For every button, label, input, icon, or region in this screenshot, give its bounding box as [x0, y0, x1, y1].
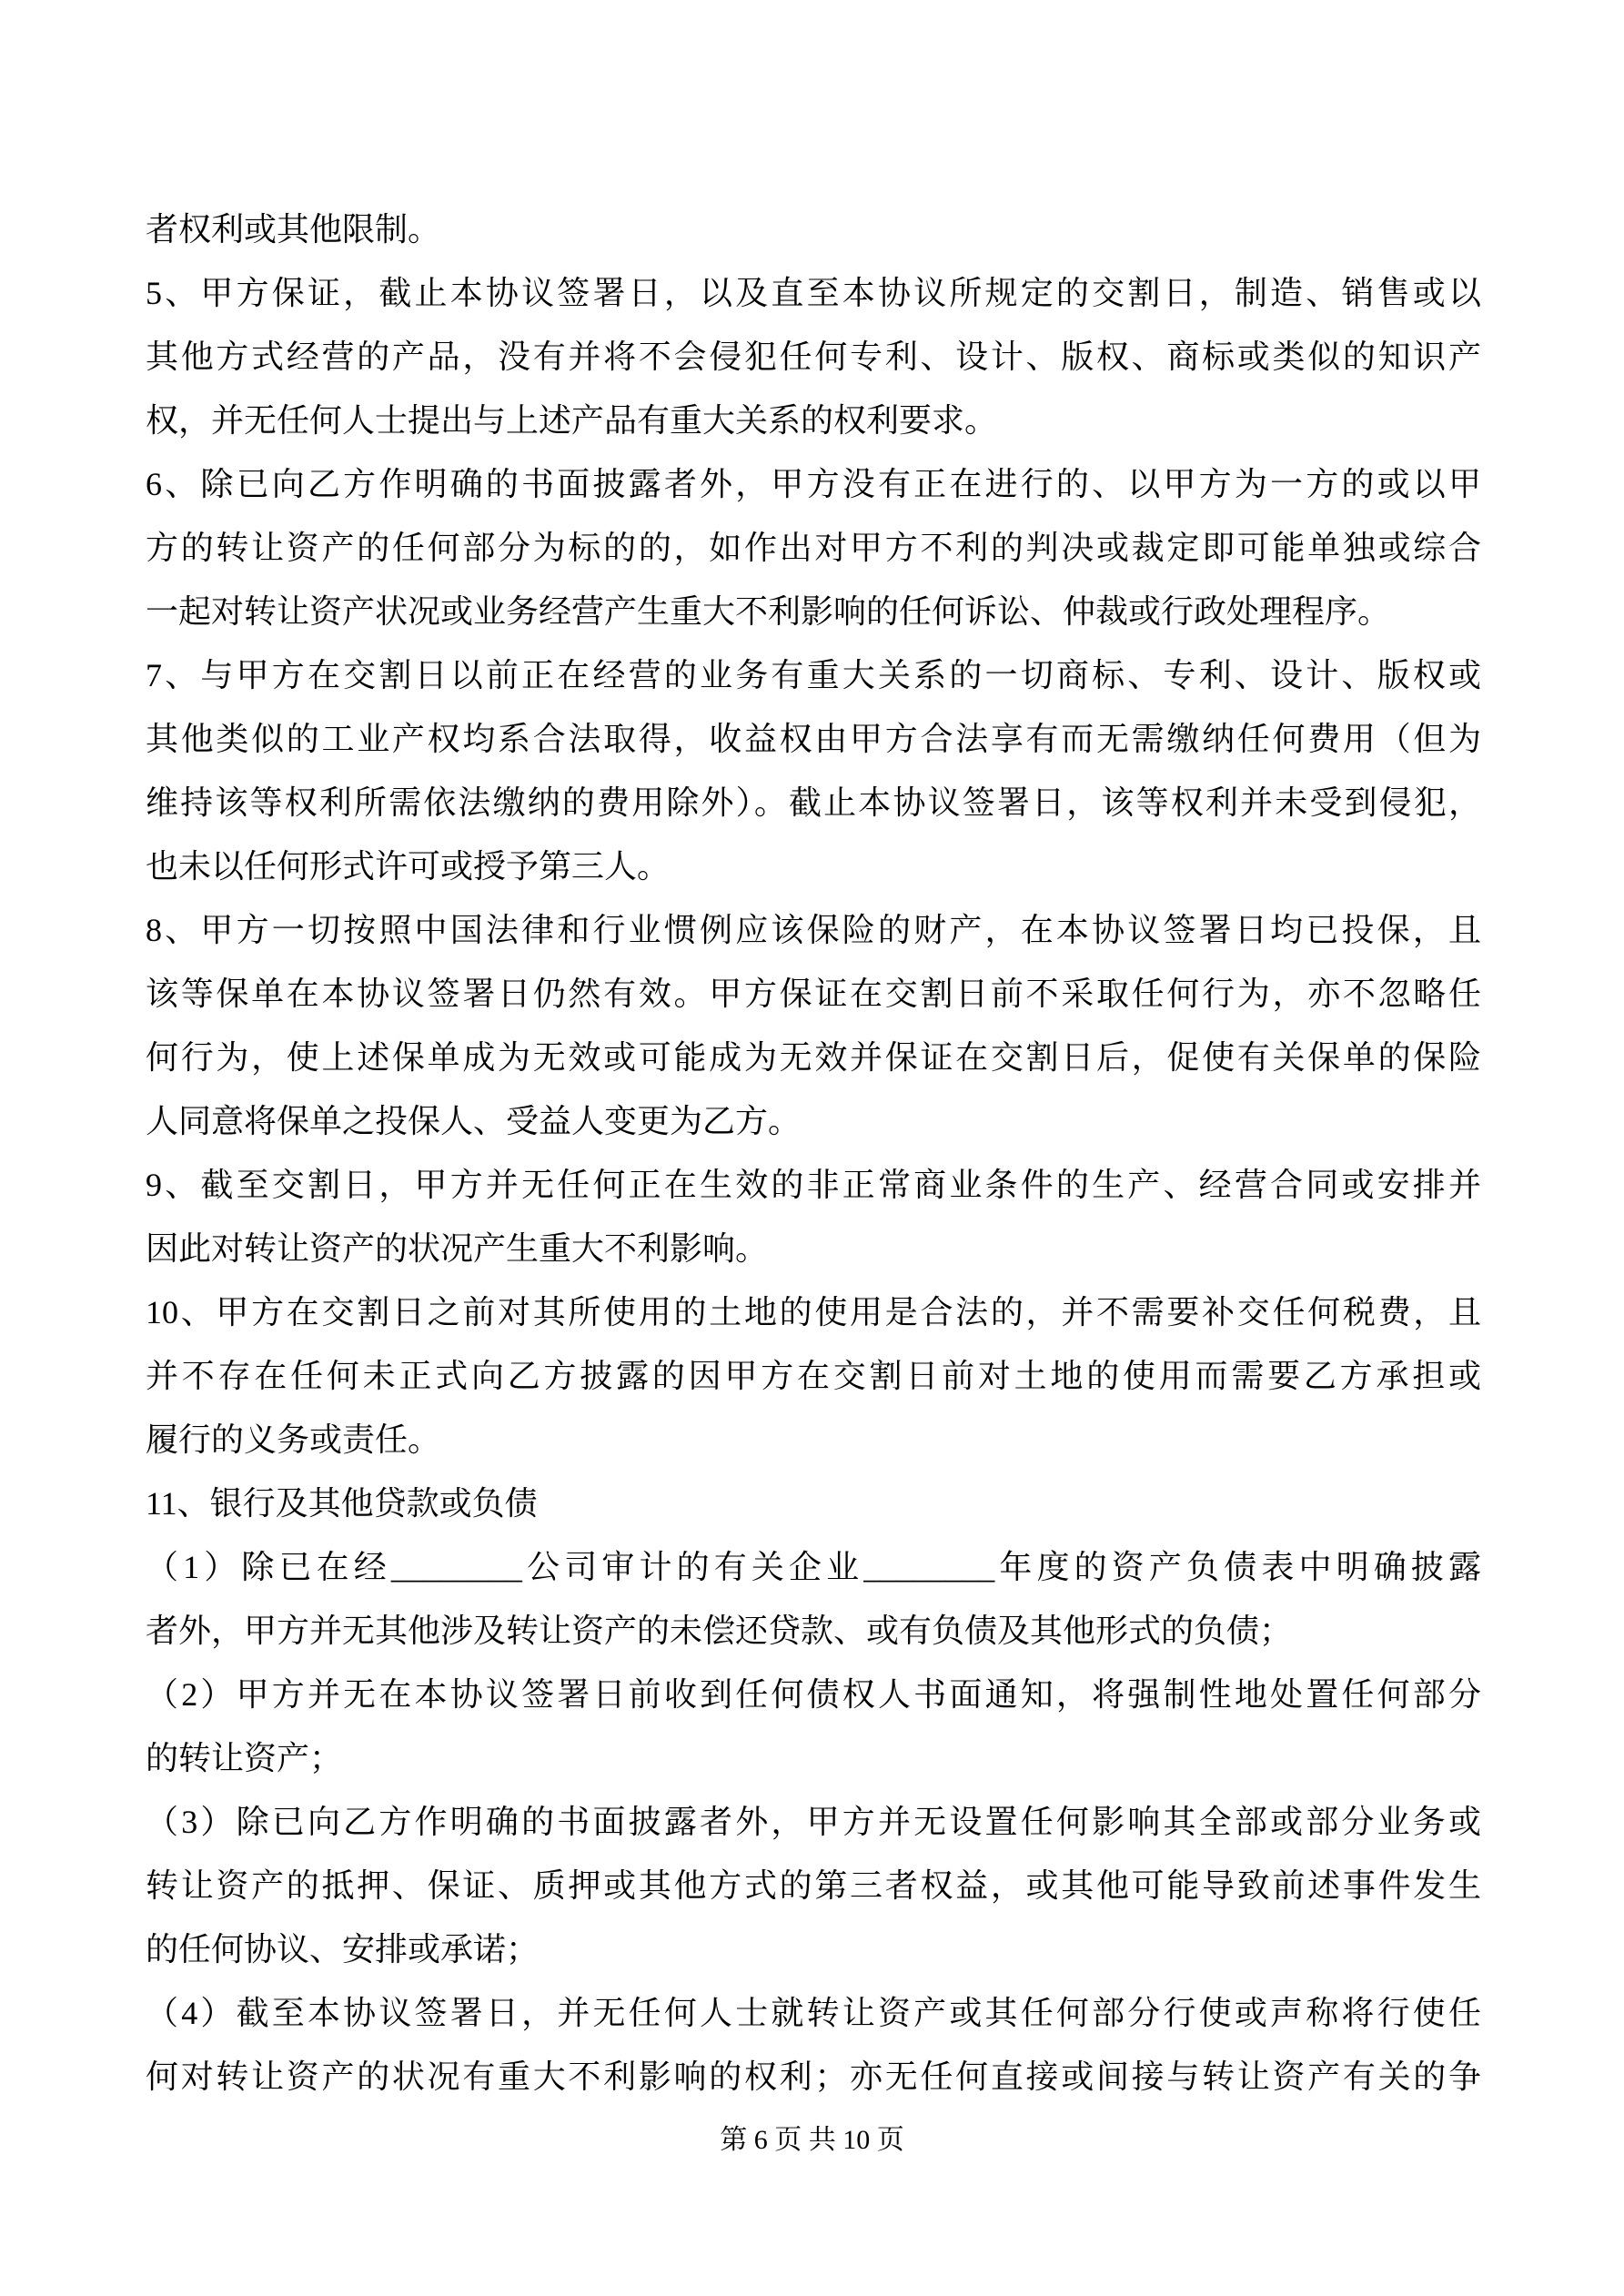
document-line: 11、银行及其他贷款或负债: [146, 1472, 1481, 1535]
clause-9: 9、截至交割日，甲方并无任何正在生效的非正常商业条件的生产、经营合同或安排并因此…: [146, 1153, 1481, 1280]
document-body: 者权利或其他限制。5、甲方保证，截止本协议签署日，以及直至本协议所规定的交割日，…: [146, 197, 1481, 2109]
document-line: 者外，甲方并无其他涉及转让资产的未偿还贷款、或有负债及其他形式的负债；: [146, 1599, 1481, 1663]
document-line: （1）除已在经________公司审计的有关企业________年度的资产负债表…: [146, 1535, 1481, 1599]
document-line: 何行为，使上述保单成为无效或可能成为无效并保证在交割日后，促使有关保单的保险: [146, 1026, 1481, 1089]
document-line: 7、与甲方在交割日以前正在经营的业务有重大关系的一切商标、专利、设计、版权或: [146, 643, 1481, 707]
clause-5: 5、甲方保证，截止本协议签署日，以及直至本协议所规定的交割日，制造、销售或以其他…: [146, 261, 1481, 452]
document-line: 10、甲方在交割日之前对其所使用的土地的使用是合法的，并不需要补交任何税费，且: [146, 1280, 1481, 1344]
document-line: 9、截至交割日，甲方并无任何正在生效的非正常商业条件的生产、经营合同或安排并: [146, 1153, 1481, 1217]
clause-11-sub-2: （2）甲方并无在本协议签署日前收到任何债权人书面通知，将强制性地处置任何部分的转…: [146, 1663, 1481, 1790]
clause-10: 10、甲方在交割日之前对其所使用的土地的使用是合法的，并不需要补交任何税费，且并…: [146, 1280, 1481, 1472]
clause-11-heading: 11、银行及其他贷款或负债: [146, 1472, 1481, 1535]
document-line: 者权利或其他限制。: [146, 197, 1481, 261]
document-line: 权，并无任何人士提出与上述产品有重大关系的权利要求。: [146, 389, 1481, 452]
document-line: （3）除已向乙方作明确的书面披露者外，甲方并无设置任何影响其全部或部分业务或: [146, 1790, 1481, 1854]
clause-8: 8、甲方一切按照中国法律和行业惯例应该保险的财产，在本协议签署日均已投保，且该等…: [146, 898, 1481, 1153]
clause-11-sub-3: （3）除已向乙方作明确的书面披露者外，甲方并无设置任何影响其全部或部分业务或转让…: [146, 1790, 1481, 1981]
document-line: 履行的义务或责任。: [146, 1408, 1481, 1472]
document-line: 方的转让资产的任何部分为标的的，如作出对甲方不利的判决或裁定即可能单独或综合: [146, 516, 1481, 580]
document-line: 也未以任何形式许可或授予第三人。: [146, 834, 1481, 898]
clause-4-continuation: 者权利或其他限制。: [146, 197, 1481, 261]
document-line: 并不存在任何未正式向乙方披露的因甲方在交割日前对土地的使用而需要乙方承担或: [146, 1344, 1481, 1408]
document-line: 一起对转让资产状况或业务经营产生重大不利影响的任何诉讼、仲裁或行政处理程序。: [146, 580, 1481, 643]
document-line: 维持该等权利所需依法缴纳的费用除外）。截止本协议签署日，该等权利并未受到侵犯，: [146, 771, 1481, 834]
page-number-footer: 第 6 页 共 10 页: [0, 2120, 1624, 2160]
document-line: 人同意将保单之投保人、受益人变更为乙方。: [146, 1089, 1481, 1153]
clause-11-sub-1: （1）除已在经________公司审计的有关企业________年度的资产负债表…: [146, 1535, 1481, 1663]
document-line: 8、甲方一切按照中国法律和行业惯例应该保险的财产，在本协议签署日均已投保，且: [146, 898, 1481, 962]
document-line: 的转让资产；: [146, 1726, 1481, 1790]
document-line: 其他方式经营的产品，没有并将不会侵犯任何专利、设计、版权、商标或类似的知识产: [146, 325, 1481, 389]
document-line: 其他类似的工业产权均系合法取得，收益权由甲方合法享有而无需缴纳任何费用（但为: [146, 707, 1481, 771]
clause-6: 6、除已向乙方作明确的书面披露者外，甲方没有正在进行的、以甲方为一方的或以甲方的…: [146, 452, 1481, 643]
document-line: 因此对转让资产的状况产生重大不利影响。: [146, 1217, 1481, 1280]
document-line: （2）甲方并无在本协议签署日前收到任何债权人书面通知，将强制性地处置任何部分: [146, 1663, 1481, 1726]
clause-7: 7、与甲方在交割日以前正在经营的业务有重大关系的一切商标、专利、设计、版权或其他…: [146, 643, 1481, 898]
document-line: 转让资产的抵押、保证、质押或其他方式的第三者权益，或其他可能导致前述事件发生: [146, 1854, 1481, 1917]
document-line: 6、除已向乙方作明确的书面披露者外，甲方没有正在进行的、以甲方为一方的或以甲: [146, 452, 1481, 516]
document-page: 者权利或其他限制。5、甲方保证，截止本协议签署日，以及直至本协议所规定的交割日，…: [0, 0, 1624, 2296]
clause-11-sub-4: （4）截至本协议签署日，并无任何人士就转让资产或其任何部分行使或声称将行使任何对…: [146, 1981, 1481, 2109]
document-line: （4）截至本协议签署日，并无任何人士就转让资产或其任何部分行使或声称将行使任: [146, 1981, 1481, 2045]
document-line: 该等保单在本协议签署日仍然有效。甲方保证在交割日前不采取任何行为，亦不忽略任: [146, 962, 1481, 1026]
document-line: 的任何协议、安排或承诺；: [146, 1917, 1481, 1981]
document-line: 何对转让资产的状况有重大不利影响的权利；亦无任何直接或间接与转让资产有关的争: [146, 2045, 1481, 2109]
document-line: 5、甲方保证，截止本协议签署日，以及直至本协议所规定的交割日，制造、销售或以: [146, 261, 1481, 325]
